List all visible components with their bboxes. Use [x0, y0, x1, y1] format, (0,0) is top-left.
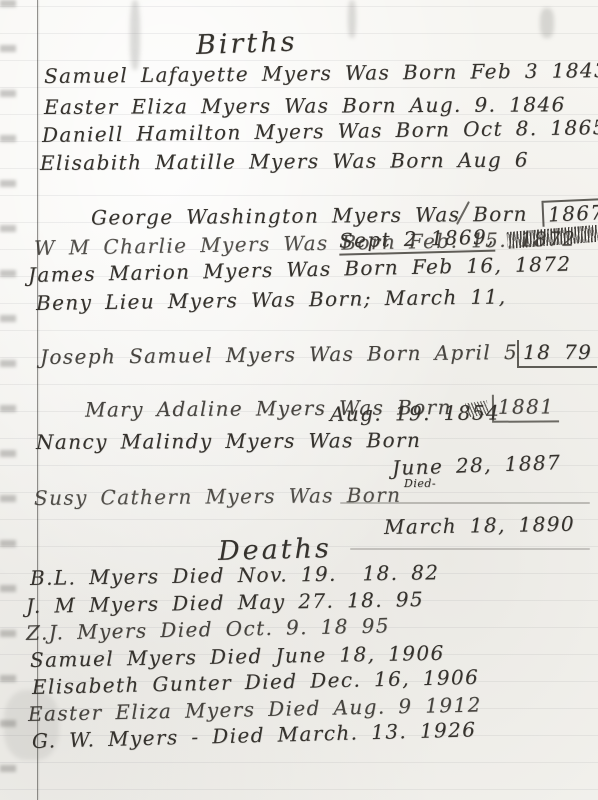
birth-record-beny: Beny Lieu Myers Was Born; March 11, [36, 284, 507, 315]
pen-stroke [340, 502, 590, 504]
death-record: B.L. Myers Died Nov. 19. 18. 82 [30, 560, 440, 590]
bracketed-year: 1881 [492, 394, 560, 422]
pen-stroke [350, 548, 590, 550]
death-record: Z.J. Myers Died Oct. 9. 18 95 [26, 613, 390, 645]
birth-record-elisabith: Elisabith Matille Myers Was Born Aug 6 [40, 148, 529, 175]
birth-nancy-date: June 28, 1887 [392, 450, 562, 480]
birth-record-daniell: Daniell Hamilton Myers Was Born Oct 8. 1… [42, 115, 598, 147]
birth-record-samuel: Samuel Lafayette Myers Was Born Feb 3 18… [44, 58, 598, 88]
birth-record-susy: Susy Cathern Myers Was Born [34, 483, 402, 510]
scan-smudge [348, 0, 356, 38]
birth-susy-date: March 18, 1890 [384, 512, 575, 539]
bracketed-year: 18 79 [517, 340, 597, 368]
scan-smudge [130, 0, 140, 70]
died-annotation: Died- [404, 477, 436, 490]
photocopy-edge-noise [0, 0, 16, 800]
birth-mary-second-date: Aug. 19. 1854 [330, 401, 500, 426]
birth-record-easter: Easter Eliza Myers Was Born Aug. 9. 1846 [44, 92, 566, 119]
scan-smudge [540, 8, 554, 38]
births-heading: Births [195, 26, 298, 61]
birth-record-joseph: Joseph Samuel Myers Was Born April 5 [40, 340, 518, 369]
birth-record-nancy: Nancy Malindy Myers Was Born [36, 428, 421, 454]
scanned-document-page: Births Samuel Lafayette Myers Was Born F… [0, 0, 598, 800]
